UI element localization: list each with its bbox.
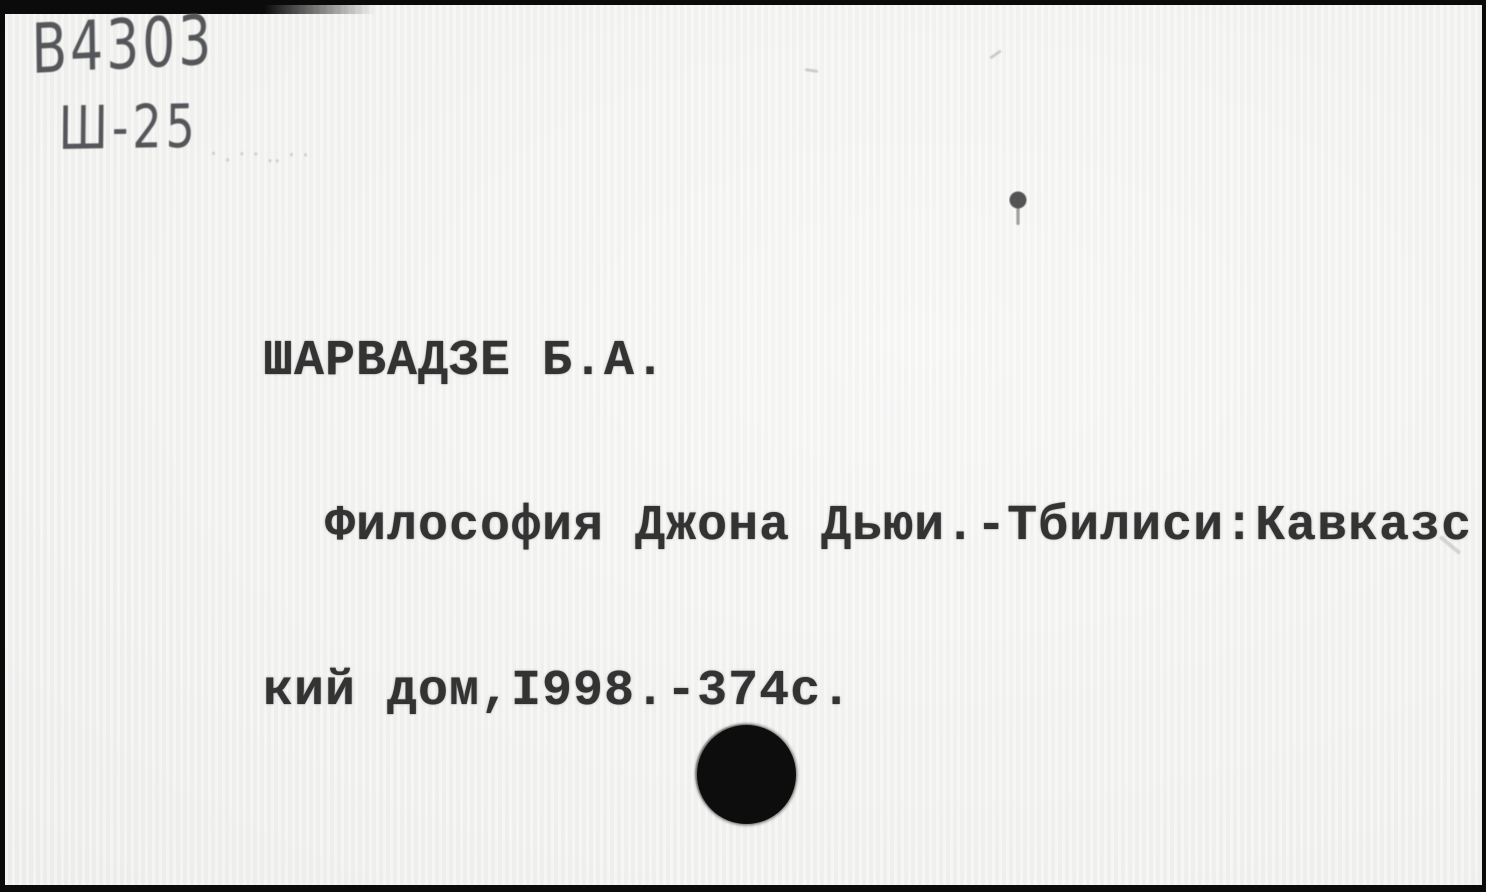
entry-title-line: Философия Джона Дьюи.-Тбилиси:Кавказс	[263, 499, 1472, 554]
scanned-catalog-card-scan: В4303 Ш-25 ·․··‥·· ШАРВАДЗЕ Б.А. Философ…	[0, 0, 1486, 892]
call-number-top: В4303	[31, 1, 215, 90]
erased-pencil-marks: ·․··‥··	[210, 142, 316, 169]
scan-speck	[805, 68, 818, 73]
entry-author-line: ШАРВАДЗЕ Б.А.	[263, 334, 1472, 389]
catalog-card-paper: В4303 Ш-25 ·․··‥·· ШАРВАДЗЕ Б.А. Философ…	[5, 5, 1482, 885]
punch-hole	[697, 725, 796, 824]
call-number-bottom: Ш-25	[58, 91, 199, 164]
entry-imprint-line: кий дом,I998.-374с.	[263, 664, 1472, 719]
bibliographic-entry: ШАРВАДЗЕ Б.А. Философия Джона Дьюи.-Тбил…	[263, 224, 1472, 829]
scan-speck	[989, 50, 1001, 60]
